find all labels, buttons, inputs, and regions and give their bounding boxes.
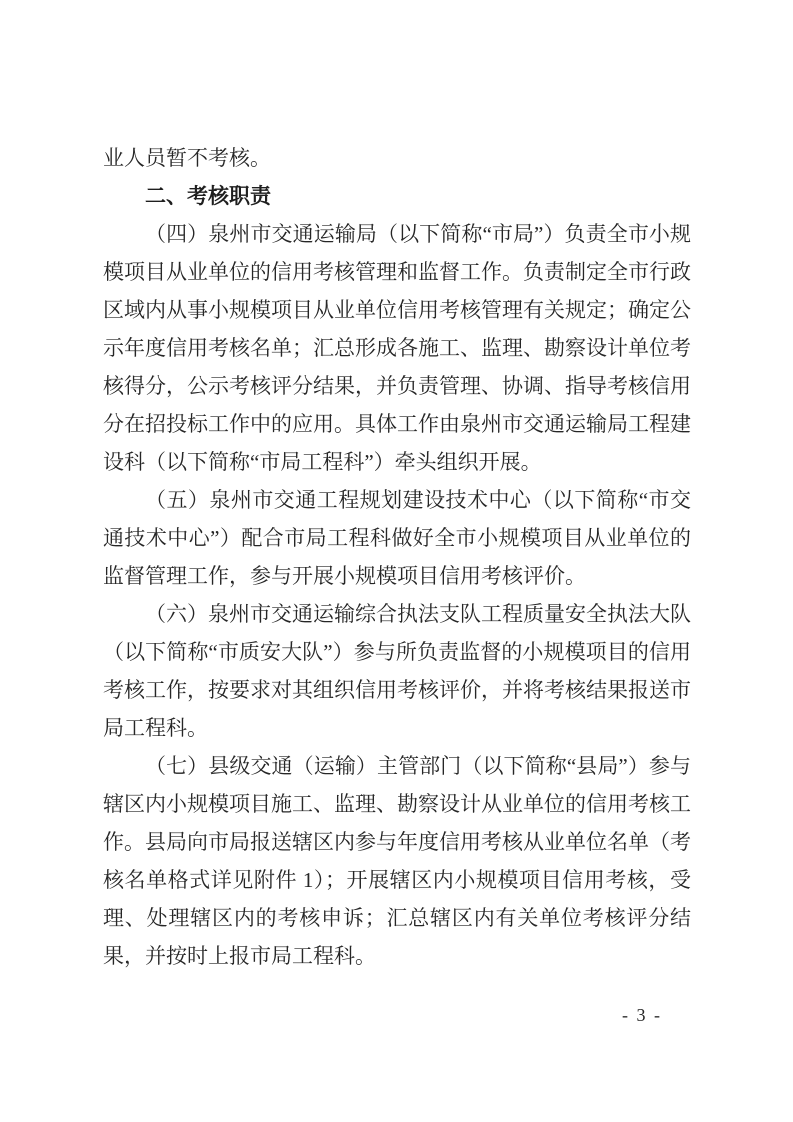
document-page: 业人员暂不考核。 二、考核职责 （四）泉州市交通运输局（以下简称“市局”）负责全… xyxy=(0,0,793,1122)
page-number: - 3 - xyxy=(610,1003,674,1027)
paragraph-item-6: （六）泉州市交通运输综合执法支队工程质量安全执法大队（以下简称“市质安大队”）参… xyxy=(103,595,691,747)
paragraph-item-4: （四）泉州市交通运输局（以下简称“市局”）负责全市小规模项目从业单位的信用考核管… xyxy=(103,215,691,481)
continuation-text-line: 业人员暂不考核。 xyxy=(103,139,691,177)
document-body: 业人员暂不考核。 二、考核职责 （四）泉州市交通运输局（以下简称“市局”）负责全… xyxy=(103,139,691,975)
section-heading: 二、考核职责 xyxy=(103,177,691,215)
paragraph-item-7: （七）县级交通（运输）主管部门（以下简称“县局”）参与辖区内小规模项目施工、监理… xyxy=(103,747,691,975)
paragraph-item-5: （五）泉州市交通工程规划建设技术中心（以下简称“市交通技术中心”）配合市局工程科… xyxy=(103,481,691,595)
